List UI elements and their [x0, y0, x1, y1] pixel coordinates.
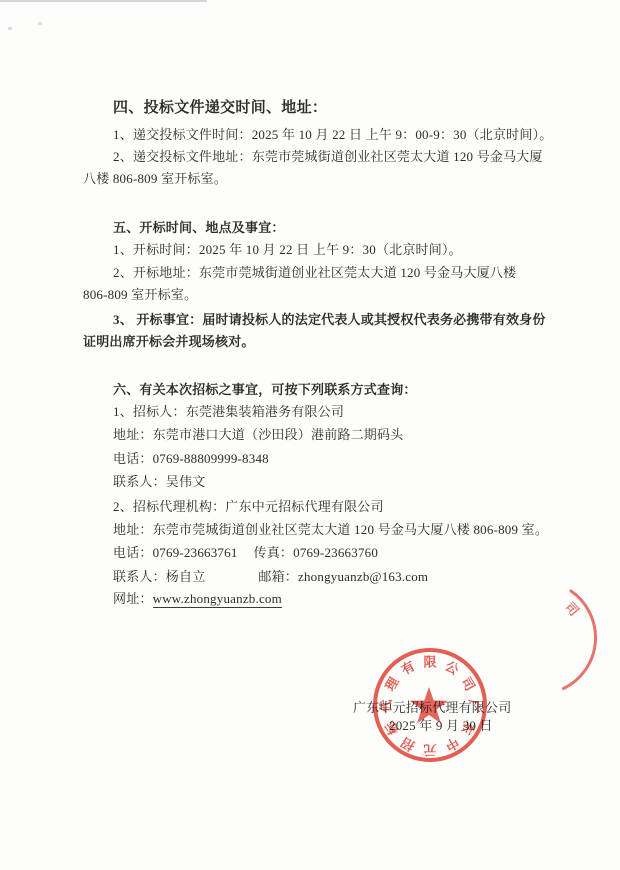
scan-artifact-speck — [38, 22, 42, 25]
partial-seal-char: 司 — [562, 599, 582, 619]
seal-char: 公 — [443, 658, 463, 678]
scan-artifact-top-edge — [0, 0, 207, 2]
agent-contact: 联系人：杨自立 — [113, 569, 205, 584]
signature-date: 2025 年 9 月 30 日 — [389, 715, 493, 734]
agent-phone-fax-line: 电话：0769-23663761传真：0769-23663760 — [113, 545, 378, 560]
section5-line-4: 3、 开标事宜：届时请投标人的法定代表人或其授权代表务必携带有效身份 — [113, 312, 546, 327]
bidder-contact-line: 联系人：吴伟文 — [113, 474, 205, 489]
bidder-name-line: 1、招标人：东莞港集装箱港务有限公司 — [113, 404, 344, 419]
section5-line-1: 1、开标时间：2025 年 10 月 22 日 上午 9：30（北京时间）。 — [113, 242, 462, 257]
agent-contact-email-line: 联系人：杨自立邮箱：zhongyuanzb@163.com — [113, 569, 428, 584]
seal-char: 限 — [423, 655, 436, 670]
seal-char: 司 — [458, 675, 477, 694]
scan-artifact-speck — [8, 27, 12, 30]
bidder-address-line: 地址：东莞市港口大道（沙田段）港前路二期码头 — [113, 427, 403, 442]
agent-name-line: 2、招标代理机构：广东中元招标代理有限公司 — [113, 499, 384, 514]
seal-char: 招 — [399, 734, 418, 753]
section5-heading: 五、开标时间、地点及事宜： — [113, 220, 285, 235]
agent-fax: 传真：0769-23663760 — [254, 545, 379, 560]
seal-char: 理 — [382, 674, 402, 694]
agent-email: 邮箱：zhongyuanzb@163.com — [258, 569, 428, 584]
signature-company: 广东中元招标代理有限公司 — [353, 697, 511, 716]
agent-phone: 电话：0769-23663761 — [113, 545, 238, 560]
section4-line-2: 2、递交投标文件地址：东莞市莞城街道创业社区莞太大道 120 号金马大厦 — [113, 149, 543, 164]
section4-line-1: 1、递交投标文件时间：2025 年 10 月 22 日 上午 9：00-9：30… — [113, 127, 552, 142]
agent-address-line: 地址：东莞市莞城街道创业社区莞太大道 120 号金马大厦八楼 806-809 室… — [113, 522, 548, 537]
seal-char: 元 — [423, 743, 436, 758]
scanned-document-page: 四、投标文件递交时间、地址： 1、递交投标文件时间：2025 年 10 月 22… — [0, 0, 620, 870]
section4-heading: 四、投标文件递交时间、地址： — [113, 101, 327, 116]
bidder-phone-line: 电话：0769-88809999-8348 — [113, 451, 269, 466]
website-url: www.zhongyuanzb.com — [153, 591, 282, 608]
section5-line-3: 806-809 室开标室。 — [83, 287, 197, 302]
agent-website-line: 网址：www.zhongyuanzb.com — [113, 591, 282, 606]
website-label: 网址： — [113, 591, 153, 606]
section5-line-5: 证明出席开标会并现场核对。 — [83, 334, 255, 349]
section5-line-2: 2、开标地址：东莞市莞城街道创业社区莞太大道 120 号金马大厦八楼 — [113, 265, 516, 280]
seal-char: 有 — [399, 658, 418, 677]
seal-char: 中 — [443, 734, 462, 753]
section4-line-3: 八楼 806-809 室开标室。 — [83, 171, 227, 186]
partial-seal-arc — [564, 591, 596, 689]
section6-heading: 六、有关本次招标之事宜，可按下列联系方式查询： — [113, 382, 417, 397]
